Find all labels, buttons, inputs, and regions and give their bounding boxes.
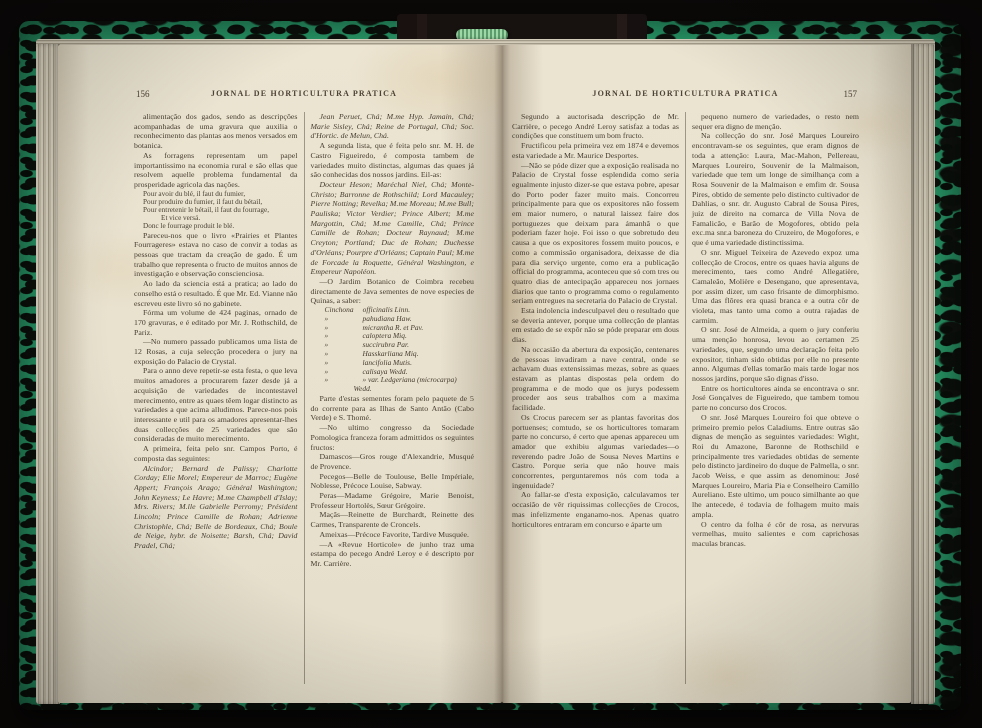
paragraph: Damascos—Gros rouge d'Alexandrie, Musqué… bbox=[311, 452, 475, 471]
paragraph: Maçãs—Reinette de Burchardt, Reinette de… bbox=[311, 510, 475, 529]
paragraph: Pareceu-nos que o livro «Prairies et Pla… bbox=[134, 231, 298, 280]
paragraph: Parte d'estas sementes foram pelo paquet… bbox=[311, 394, 475, 423]
text-column-1: alimentação dos gados, sendo as descripç… bbox=[134, 112, 304, 684]
paragraph: Os Crocus parecem ser as plantas favorit… bbox=[512, 413, 679, 491]
running-title: JORNAL DE HORTICULTURA PRATICA bbox=[512, 89, 859, 98]
paragraph: Donc le fourrage produit le blé. bbox=[134, 222, 298, 230]
paragraph: Jean Peruet, Chá; M.me Hyp. Jamain, Chá;… bbox=[311, 112, 475, 141]
paragraph: Na occasião da abertura da exposição, ce… bbox=[512, 345, 679, 413]
text-column-1: Segundo a auctorisada descripção de Mr. … bbox=[512, 112, 685, 684]
list-marker: » bbox=[311, 315, 354, 324]
paragraph: Segundo a auctorisada descripção de Mr. … bbox=[512, 112, 679, 141]
paragraph: Na collecção do snr. José Marques Lourei… bbox=[692, 131, 859, 247]
paragraph: Pour entretenir le bétail, il faut du fo… bbox=[134, 206, 298, 214]
paragraph: Pour avoir du blé, il faut du fumier, bbox=[134, 190, 298, 198]
paragraph: —No ultimo congresso da Sociedade Pomolo… bbox=[311, 423, 475, 452]
species-list-row: »» var. Ledgeriana (microcarpa) Wedd. bbox=[311, 376, 475, 394]
paragraph: A primeira, feita pelo snr. Campos Porto… bbox=[134, 444, 298, 463]
paragraph: —No numero passado publicamos uma lista … bbox=[134, 337, 298, 366]
paragraph: alimentação dos gados, sendo as descripç… bbox=[134, 112, 298, 151]
paragraph: A segunda lista, que é feita pelo snr. M… bbox=[311, 141, 475, 180]
paragraph: —O Jardim Botanico de Coimbra recebeu di… bbox=[311, 277, 475, 306]
book-photo: 156 JORNAL DE HORTICULTURA PRATICA alime… bbox=[0, 0, 982, 728]
paragraph: Peras—Madame Grégoire, Marie Benoist, Pr… bbox=[311, 491, 475, 510]
species-name: » var. Ledgeriana (microcarpa) Wedd. bbox=[354, 376, 475, 394]
running-title: JORNAL DE HORTICULTURA PRATICA bbox=[134, 89, 474, 98]
paragraph: As forragens representam um papel import… bbox=[134, 151, 298, 190]
page-number: 157 bbox=[844, 89, 858, 99]
list-marker: Cinchona bbox=[311, 306, 354, 315]
paragraph: Ao lado da sciencia está a pratica; ao l… bbox=[134, 279, 298, 308]
paragraph: Pecegos—Belle de Toulouse, Belle Impéria… bbox=[311, 472, 475, 491]
paragraph: Para o anno deve repetir-se esta festa, … bbox=[134, 366, 298, 444]
paragraph: Et vice versá. bbox=[134, 214, 298, 222]
page-number: 156 bbox=[136, 89, 150, 99]
two-column-layout: Segundo a auctorisada descripção de Mr. … bbox=[512, 112, 859, 684]
two-column-layout: alimentação dos gados, sendo as descripç… bbox=[134, 112, 474, 684]
page-edges-right bbox=[911, 44, 935, 704]
text-column-2: pequeno numero de variedades, o resto ne… bbox=[685, 112, 859, 684]
list-marker: » bbox=[311, 368, 354, 377]
running-header: 156 JORNAL DE HORTICULTURA PRATICA bbox=[134, 89, 474, 101]
paragraph: O snr. Miguel Teixeira de Azevedo expoz … bbox=[692, 248, 859, 326]
list-marker: » bbox=[311, 376, 354, 394]
list-marker: » bbox=[311, 332, 354, 341]
right-page-text-block: 157 JORNAL DE HORTICULTURA PRATICA Segun… bbox=[512, 89, 859, 691]
paragraph: Docteur Heson; Maréchal Niel, Chá; Monte… bbox=[311, 180, 475, 277]
paragraph: Ao fallar-se d'esta exposição, calculava… bbox=[512, 490, 679, 529]
left-page-text-block: 156 JORNAL DE HORTICULTURA PRATICA alime… bbox=[134, 89, 474, 691]
list-marker: » bbox=[311, 359, 354, 368]
paragraph: pequeno numero de variedades, o resto ne… bbox=[692, 112, 859, 131]
right-page: 157 JORNAL DE HORTICULTURA PRATICA Segun… bbox=[502, 45, 911, 703]
list-marker: » bbox=[311, 324, 354, 333]
list-marker: » bbox=[311, 350, 354, 359]
paragraph: Ameixas—Précoce Favorite, Tardive Musqué… bbox=[311, 530, 475, 540]
paragraph: Fructificou pela primeira vez em 1874 e … bbox=[512, 141, 679, 160]
paragraph: Alcindor; Bernard de Palissy; Charlotte … bbox=[134, 464, 298, 551]
page-edges-left bbox=[36, 44, 60, 704]
list-marker: » bbox=[311, 341, 354, 350]
text-column-2: Jean Peruet, Chá; M.me Hyp. Jamain, Chá;… bbox=[304, 112, 475, 684]
paragraph: —Não se póde dizer que a exposição reali… bbox=[512, 161, 679, 307]
left-page: 156 JORNAL DE HORTICULTURA PRATICA alime… bbox=[58, 45, 502, 703]
paragraph: O snr. José de Almeida, a quem o jury co… bbox=[692, 325, 859, 383]
paragraph: O centro da folha é côr de rosa, as nerv… bbox=[692, 520, 859, 549]
paragraph: Esta indolencia indesculpavel deu o resu… bbox=[512, 306, 679, 345]
paragraph: Pour produire du fumier, il faut du béta… bbox=[134, 198, 298, 206]
paragraph: Fórma um volume de 424 paginas, ornado d… bbox=[134, 308, 298, 337]
paragraph: Entre os horticultores ainda se encontra… bbox=[692, 384, 859, 413]
running-header: 157 JORNAL DE HORTICULTURA PRATICA bbox=[512, 89, 859, 101]
paragraph: —A «Revue Horticole» de junho traz uma e… bbox=[311, 540, 475, 569]
paragraph: O snr. José Marques Loureiro foi que obt… bbox=[692, 413, 859, 520]
